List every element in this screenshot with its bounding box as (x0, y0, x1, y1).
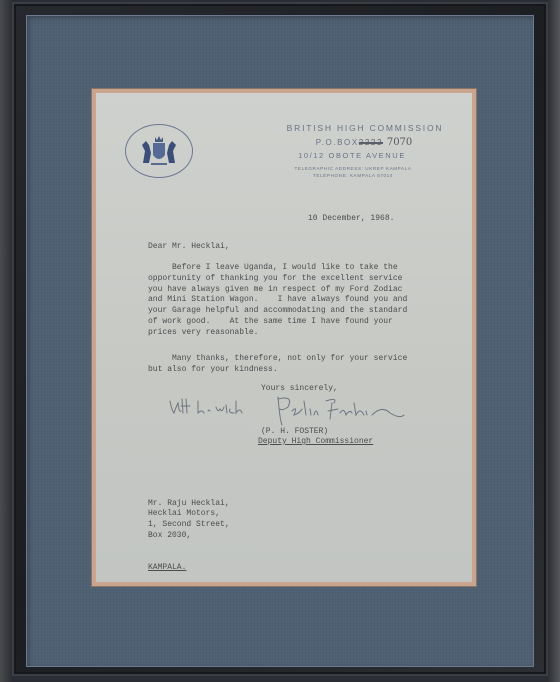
frame-edge-right (548, 0, 560, 682)
letterhead-po-box: P.O.BOX2222 7070 (264, 137, 464, 148)
letter-paragraph-2: Many thanks, therefore, not only for you… (148, 354, 407, 376)
letter-paragraph-1: Before I leave Uganda, I would like to t… (148, 263, 407, 339)
crest-seal (125, 124, 193, 178)
letterhead-telegraphic-address: TELEGRAPHIC ADDRESS: UKREP KAMPALA (242, 166, 464, 171)
royal-coat-of-arms-icon (137, 133, 181, 169)
po-box-label: P.O.BOX (316, 138, 359, 147)
letter-date: 10 December, 1968. (308, 214, 394, 225)
po-box-struck-number: 2222 (359, 138, 383, 147)
handwritten-signature (168, 391, 408, 431)
letterhead-telephone: TELEPHONE: KAMPALA 57014 (242, 173, 464, 178)
addressee-lines: Mr. Raju Hecklai, Hecklai Motors, 1, Sec… (148, 499, 230, 542)
letterhead: BRITISH HIGH COMMISSION P.O.BOX2222 7070… (264, 123, 464, 178)
po-box-number: 7070 (387, 137, 412, 148)
frame-edge-left (0, 0, 12, 682)
letter-document: BRITISH HIGH COMMISSION P.O.BOX2222 7070… (96, 93, 472, 582)
letterhead-street-address: 10/12 OBOTE AVENUE (240, 151, 464, 160)
addressee-block: Mr. Raju Hecklai, Hecklai Motors, 1, Sec… (148, 477, 230, 582)
signatory-title: Deputy High Commissioner (258, 437, 373, 448)
addressee-city: KAMPALA. (148, 563, 230, 574)
letterhead-organization: BRITISH HIGH COMMISSION (266, 123, 464, 133)
letter-salutation: Dear Mr. Hecklai, (148, 242, 230, 253)
